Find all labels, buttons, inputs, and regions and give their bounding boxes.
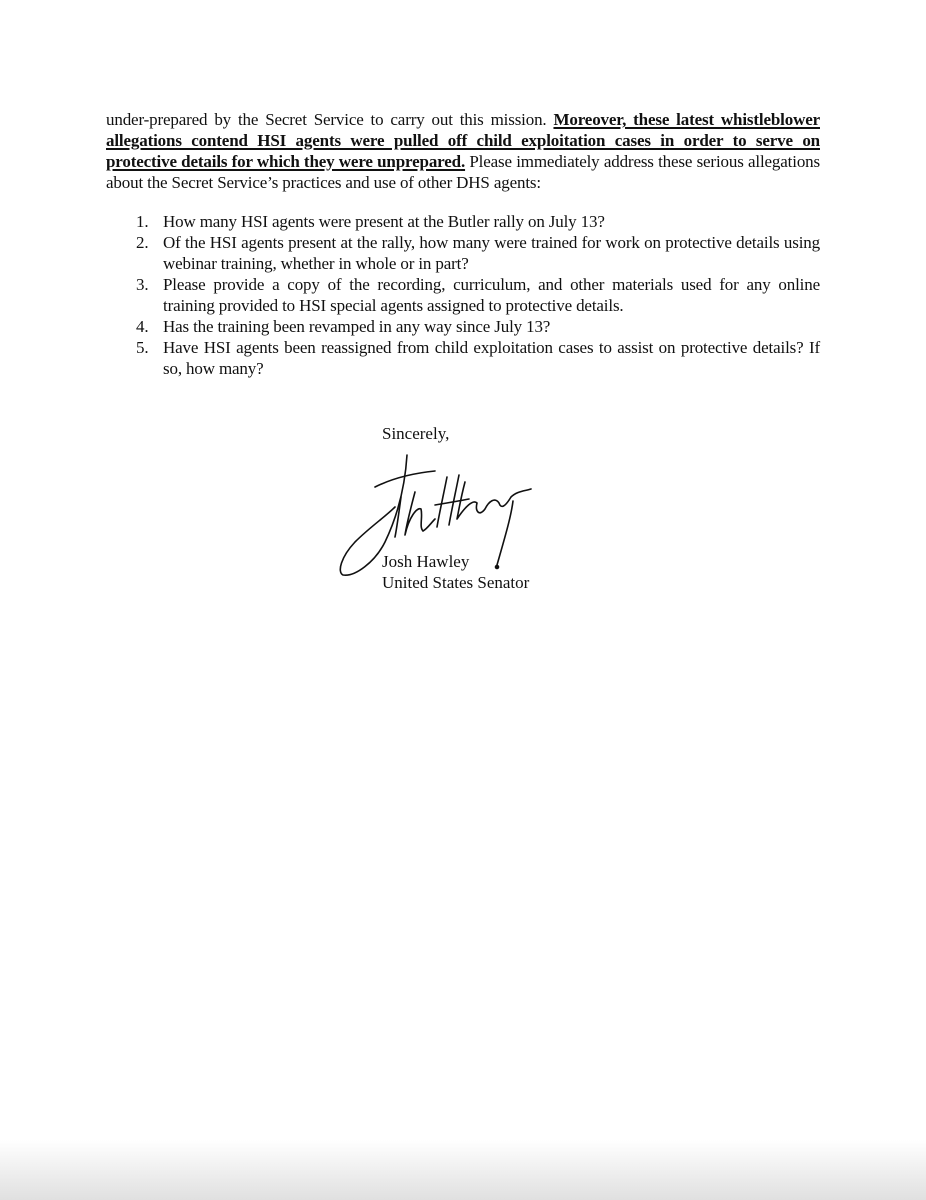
- closing: Sincerely,: [382, 424, 449, 444]
- signer-name: Josh Hawley: [382, 551, 469, 572]
- list-item: 2.Of the HSI agents present at the rally…: [106, 232, 820, 274]
- list-item: 4.Has the training been revamped in any …: [106, 316, 820, 337]
- list-item: 1.How many HSI agents were present at th…: [106, 211, 820, 232]
- bottom-shadow: [0, 1140, 926, 1200]
- body-paragraph: under-prepared by the Secret Service to …: [106, 109, 820, 193]
- letter-page: under-prepared by the Secret Service to …: [0, 0, 926, 1200]
- signer-title: United States Senator: [382, 572, 529, 593]
- paragraph-lead: under-prepared by the Secret Service to …: [106, 110, 553, 129]
- question-list: 1.How many HSI agents were present at th…: [106, 211, 820, 379]
- list-item: 5.Have HSI agents been reassigned from c…: [106, 337, 820, 379]
- list-item: 3.Please provide a copy of the recording…: [106, 274, 820, 316]
